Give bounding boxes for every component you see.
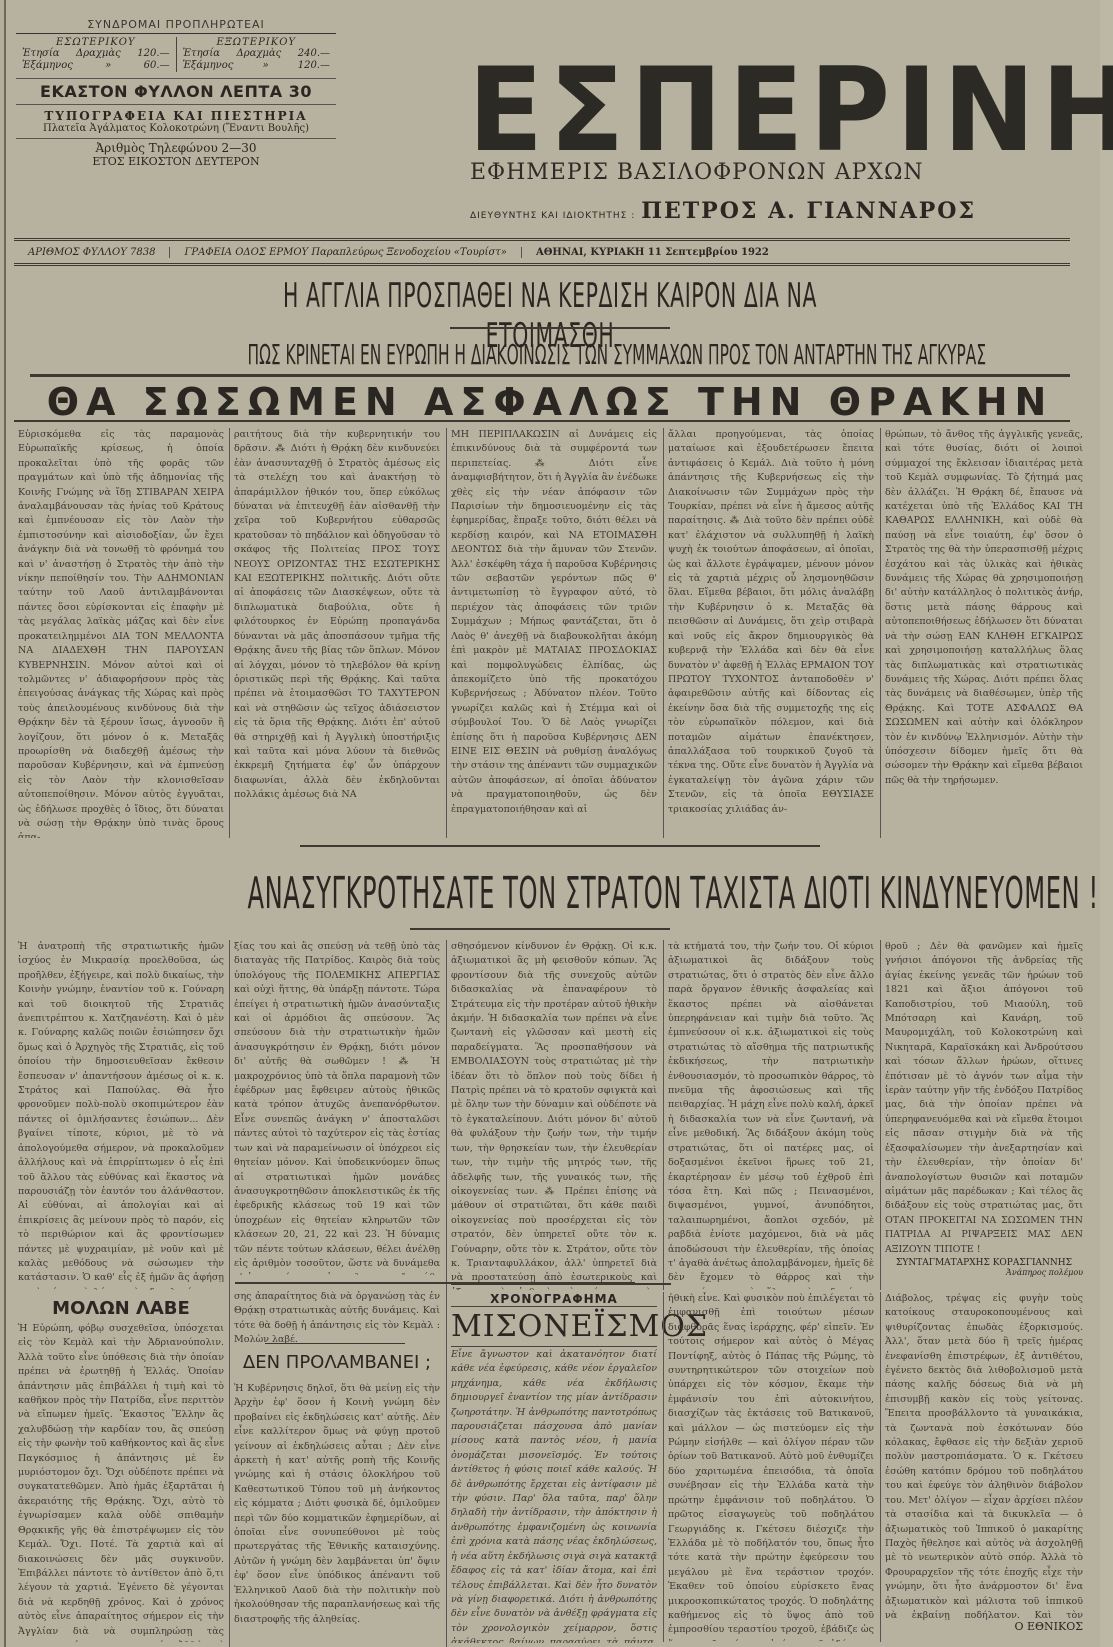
sheet-price: ΕΚΑΣΤΟΝ ΦΥΛΛΟΝ ΛΕΠΤΑ 30 [16, 78, 336, 105]
headline-main-2: ΠΩΣ ΚΡΙΝΕΤΑΙ ΕΝ ΕΥΡΩΠΗ Η ΔΙΑΚΟΙΝΩΣΙΣ ΤΩΝ… [248, 338, 853, 371]
column-rule [446, 940, 447, 1290]
article2-col5: θροῦ ; Δὲν θὰ φανῶμεν καὶ ἡμεῖς γνήσιοι … [885, 940, 1083, 1258]
domestic-rates: ΕΣΩΤΕΡΙΚΟΥ ἘτησίαΔραχμὰς120.— Ἑξάμηνος»6… [16, 37, 176, 72]
column-rule [446, 1290, 447, 1647]
article5-col2: ἠθικὴ εἶνε. Καὶ φυσικὸν ποὺ ἐπιλέγεται τ… [668, 1292, 874, 1642]
article3-title: ΜΟΛΩΝ ΛΑΒΕ [18, 1298, 224, 1319]
article1-col3: ΜΗ ΠΕΡΙΠΛΑΚΩΣΙΝ αἱ Δυνάμεις εἰς ἐπικινδύ… [451, 428, 657, 838]
column-rule [663, 1292, 664, 1642]
article1-col5: θρώπων, τὸ ἄνθος τῆς ἀγγλικῆς γενεᾶς, κα… [885, 428, 1083, 838]
article4-text: Ἡ Κυβέρνησις δηλοῖ, ὅτι θὰ μείνῃ εἰς τὴν… [234, 1382, 440, 1642]
article5-header: ΧΡΟΝΟΓΡΑΦΗΜΑ ΜΙΣΟΝΕΪΣΜΟΣ [451, 1292, 657, 1347]
subscription-box: ΣΥΝΔΡΟΜΑΙ ΠΡΟΠΛΗΡΩΤΕΑΙ ΕΣΩΤΕΡΙΚΟΥ Ἐτησία… [16, 18, 336, 168]
article3-col1: Ἡ Εὐρώπη, φόβῳ συσχεθεῖσα, ὑπόσχεται εἰς… [18, 1322, 224, 1642]
ornament-divider [451, 1283, 671, 1285]
article1-col1: Εὑρισκόμεθα εἰς τὰς παραμονὰς Εὐρωπαϊκῆς… [18, 428, 224, 838]
article5-col1: Εἶνε ἄγνωστον καὶ ἀκατανόητον διατί κάθε… [451, 1348, 657, 1643]
offices: ΓΡΑΦΕΙΑ ΟΔΟΣ ΕΡΜΟΥ Παραπλεύρως Ξενοδοχεί… [170, 247, 521, 258]
divider [14, 420, 1070, 422]
director-line: ΔΙΕΥΘΥΝΤΗΣ ΚΑΙ ΙΔΙΟΚΤΗΤΗΣ :ΠΕΤΡΟΣ Α. ΓΙΑ… [470, 198, 976, 224]
article2-col3: σθησόμενον κίνδυνον ἐν Θρᾴκῃ. Οἱ κ.κ. ἀξ… [451, 940, 657, 1290]
article5-col3-wrap: Διάβολος, τρέψας εἰς φυγὴν τοὺς κατοίκου… [885, 1292, 1083, 1633]
article5-col3: Διάβολος, τρέψας εἰς φυγὴν τοὺς κατοίκου… [885, 1292, 1083, 1620]
column-rule [446, 428, 447, 838]
column-rule [880, 428, 881, 838]
divider [265, 1343, 405, 1344]
subscriptions-title: ΣΥΝΔΡΟΜΑΙ ΠΡΟΠΛΗΡΩΤΕΑΙ [16, 18, 336, 34]
article4-title: ΔΕΝ ΠΡΟΛΑΜΒΑΝΕΙ ; [234, 1352, 440, 1373]
phone: Ἀριθμὸς Τηλεφώνου 2—30 [16, 138, 336, 155]
article2-signature-note: Ἀνάπηρος πολέμου [885, 1268, 1083, 1277]
column-rule [229, 1290, 230, 1647]
column-rule [229, 940, 230, 1290]
column-rule [663, 940, 664, 1290]
ornament-divider [300, 845, 820, 847]
column-rule [663, 428, 664, 838]
print-shop: ΤΥΠΟΓΡΑΦΕΙΑ ΚΑΙ ΠΙΕΣΤΗΡΙΑ [16, 109, 336, 123]
page-edge [1100, 0, 1113, 1647]
article2-signature: ΣΥΝΤΑΓΜΑΤΑΡΧΗΣ ΚΟΡΑΣΓΙΑΝΝΗΣ [885, 1258, 1083, 1268]
article5-kicker: ΧΡΟΝΟΓΡΑΦΗΜΑ [451, 1292, 657, 1306]
year: ΕΤΟΣ ΕΙΚΟΣΤΟΝ ΔΕΥΤΕΡΟΝ [16, 155, 336, 168]
issue-number: ΑΡΙΘΜΟΣ ΦΥΛΛΟΥ 7838 [14, 247, 170, 258]
address: Πλατεῖα Ἀγάλματος Κολοκοτρώνη (Ἔναντι Βο… [16, 123, 336, 134]
newspaper-title: ΕΣΠΕΡΙΝΗ [468, 58, 1068, 163]
article5-signature: Ο ΕΘΝΙΚΟΣ [885, 1620, 1083, 1633]
divider [30, 374, 1070, 377]
article2-col2: ξίας του καὶ ἂς σπεύσῃ νὰ τεθῇ ὑπὸ τὰς δ… [234, 940, 440, 1275]
director-name: ΠΕΤΡΟΣ Α. ΓΙΑΝΝΑΡΟΣ [641, 198, 976, 224]
column-rule [880, 940, 881, 1290]
article2-col1: Ἡ ἀνατροπὴ τῆς στρατιωτικῆς ἡμῶν ἰσχύος … [18, 940, 224, 1290]
date: ΑΘΗΝΑΙ, ΚΥΡΙΑΚΗ 11 Σεπτεμβρίου 1922 [522, 247, 783, 258]
article1-col2: ραιτήτους διὰ τὴν κυβερνητικήν του δρᾶσι… [234, 428, 440, 838]
article3-col2: σης ἀπαραίτητος διὰ νὰ ὀργανώσῃ τὰς ἐν Θ… [234, 1290, 440, 1348]
divider [450, 327, 670, 329]
headline-main-3: ΘΑ ΣΩΣΩΜΕΝ ΑΣΦΑΛΩΣ ΤΗΝ ΘΡΑΚΗΝ [0, 380, 1100, 424]
article3-title-wrap: ΜΟΛΩΝ ΛΑΒΕ [18, 1298, 224, 1319]
article1-col4: ἄλλαι προηγούμεναι, τὰς ὁποίας ματαίωσε … [668, 428, 874, 838]
foreign-rates: ΕΞΩΤΕΡΙΚΟΥ ἘτησίαΔραχμὰς240.— Ἑξάμηνος»1… [176, 37, 337, 72]
article2-col5-wrap: θροῦ ; Δὲν θὰ φανῶμεν καὶ ἡμεῖς γνήσιοι … [885, 940, 1083, 1277]
article5-title: ΜΙΣΟΝΕΪΣΜΟΣ [451, 1306, 657, 1347]
article2-col4: τὰ κτήματά του, τὴν ζωήν του. Οἱ κύριοι … [668, 940, 874, 1290]
column-rule [880, 1292, 881, 1642]
newspaper-subtitle: ΕΦΗΜΕΡΙΣ ΒΑΣΙΛΟΦΡΟΝΩΝ ΑΡΧΩΝ [470, 160, 924, 185]
divider [410, 928, 670, 930]
column-rule [229, 428, 230, 838]
headline-second: ΑΝΑΣΥΓΚΡΟΤΗΣΑΤΕ ΤΟΝ ΣΤΡΑΤΟΝ ΤΑΧΙΣΤΑ ΔΙΟΤ… [248, 868, 853, 919]
dateline-bar: ΑΡΙΘΜΟΣ ΦΥΛΛΟΥ 7838 ΓΡΑΦΕΙΑ ΟΔΟΣ ΕΡΜΟΥ Π… [14, 238, 1070, 266]
